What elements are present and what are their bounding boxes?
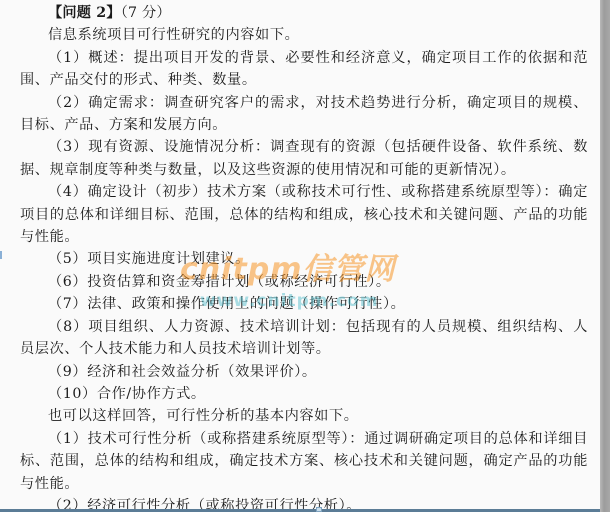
list-item-10: （10）合作/协作方式。 bbox=[20, 383, 588, 405]
resize-handle[interactable] bbox=[316, 507, 322, 512]
list-item-1: （1）概述：提出项目开发的背景、必要性和经济意义，确定项目工作的依据和范围、产品… bbox=[20, 47, 588, 92]
list-item-3: （3）现有资源、设施情况分析：调查现有的资源（包括硬件设备、软件系统、数据、规章… bbox=[20, 136, 588, 181]
cursor-marker bbox=[0, 251, 2, 259]
document-page: 【问题 2】（7 分） 信息系统项目可行性研究的内容如下。 （1）概述：提出项目… bbox=[0, 0, 600, 509]
question-label: 【问题 2】 bbox=[48, 5, 121, 21]
list-item-8: （8）项目组织、人力资源、技术培训计划：包括现有的人员规模、组织结构、人员层次、… bbox=[20, 316, 588, 361]
vertical-scrollbar[interactable] bbox=[600, 0, 610, 512]
question-score: （7 分） bbox=[121, 5, 171, 21]
list-item-2: （2）确定需求：调查研究客户的需求，对技术趋势进行分析，确定项目的规模、目标、产… bbox=[20, 92, 588, 137]
intro-paragraph: 信息系统项目可行性研究的内容如下。 bbox=[20, 24, 588, 46]
list-item-6: （6）投资估算和资金筹措计划（或称经济可行性）。 bbox=[20, 271, 588, 293]
list-item-7: （7）法律、政策和操作使用上的问题（操作可行性）。 bbox=[20, 293, 588, 315]
list-item-5: （5）项目实施进度计划建议。 bbox=[20, 248, 588, 270]
question-heading: 【问题 2】（7 分） bbox=[20, 2, 588, 24]
alt-list-item-1: （1）技术可行性分析（或称搭建系统原型等）：通过调研确定项目的总体和详细目标、范… bbox=[20, 428, 588, 495]
alt-intro-paragraph: 也可以这样回答，可行性分析的基本内容如下。 bbox=[20, 405, 588, 427]
document-content: 【问题 2】（7 分） 信息系统项目可行性研究的内容如下。 （1）概述：提出项目… bbox=[20, 2, 588, 509]
alt-list-item-2: （2）经济可行性分析（或称投资可行性分析）。 bbox=[20, 495, 588, 509]
list-item-9: （9）经济和社会效益分析（效果评价）。 bbox=[20, 361, 588, 383]
list-item-4: （4）确定设计（初步）技术方案（或称技术可行性、或称搭建系统原型等）：确定项目的… bbox=[20, 181, 588, 248]
